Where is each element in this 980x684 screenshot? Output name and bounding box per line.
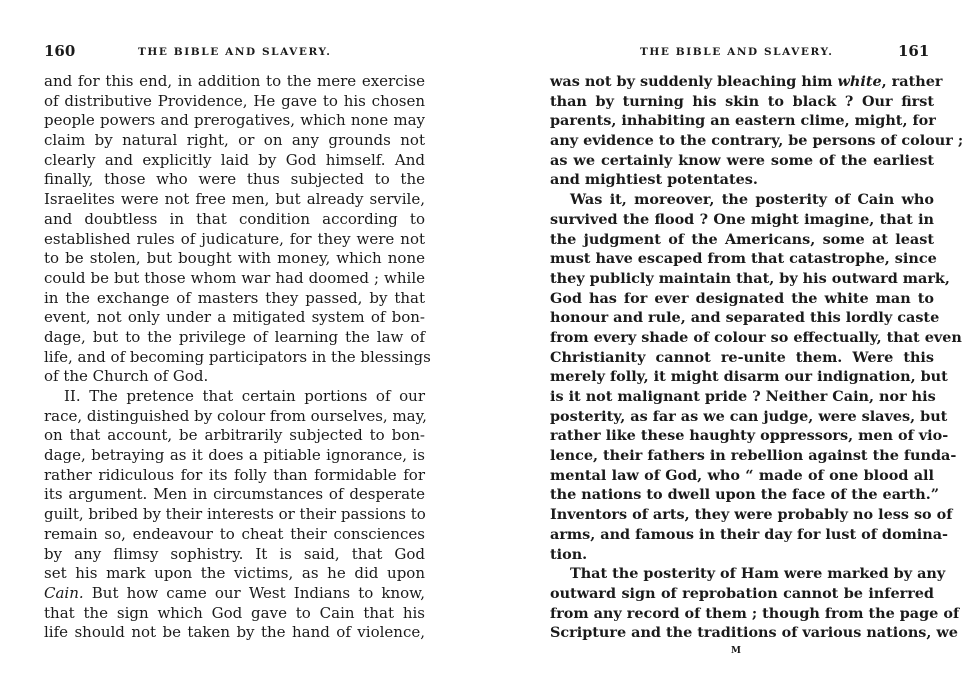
text-line: of distributive Providence, He gave to h… xyxy=(44,92,425,112)
text-line: Israelites were not free men, but alread… xyxy=(44,190,425,210)
signature-mark: M xyxy=(731,646,742,656)
text-line: its argument. Men in circumstances of de… xyxy=(44,485,425,505)
text-fragment: was not by suddenly bleaching him xyxy=(550,73,838,90)
running-head: THE BIBLE AND SLAVERY. xyxy=(138,46,332,58)
text-line: merely folly, it might disarm our indign… xyxy=(550,367,934,387)
text-line: clearly and explicitly laid by God himse… xyxy=(44,151,425,171)
text-line: set his mark upon the victims, as he did… xyxy=(44,564,425,584)
text-line: as we certainly know were some of the ea… xyxy=(550,151,934,171)
body-text: was not by suddenly bleaching him white,… xyxy=(550,72,934,643)
text-fragment: , rather xyxy=(882,73,943,90)
text-line: dage, but to the privilege of learning t… xyxy=(44,328,425,348)
section-heading-line: II. The pretence that certain portions o… xyxy=(44,387,425,407)
text-line: parents, inhabiting an eastern clime, mi… xyxy=(550,111,934,131)
page-number: 160 xyxy=(44,42,75,60)
text-line: was not by suddenly bleaching him white,… xyxy=(550,72,934,92)
italic-word: Cain. xyxy=(44,584,84,602)
text-line: dage, betraying as it does a pitiable ig… xyxy=(44,446,425,466)
text-line: and doubtless in that condition accordin… xyxy=(44,210,425,230)
text-line: God has for ever designated the white ma… xyxy=(550,289,934,309)
text-line: race, distinguished by colour from ourse… xyxy=(44,407,425,427)
text-line: survived the flood ? One might imagine, … xyxy=(550,210,934,230)
left-page: 160 THE BIBLE AND SLAVERY. and for this … xyxy=(0,0,490,684)
text-line: mental law of God, who “ made of one blo… xyxy=(550,466,934,486)
text-line: from any record of them ; though from th… xyxy=(550,604,934,624)
text-line: they publicly maintain that, by his outw… xyxy=(550,269,934,289)
text-line: guilt, bribed by their interests or thei… xyxy=(44,505,425,525)
text-line: lence, their fathers in rebellion agains… xyxy=(550,446,934,466)
text-line: event, not only under a mitigated system… xyxy=(44,308,425,328)
text-line: the judgment of the Americans, some at l… xyxy=(550,230,934,250)
text-line: on that account, be arbitrarily subjecte… xyxy=(44,426,425,446)
text-line: could be but those whom war had doomed ;… xyxy=(44,269,425,289)
text-line: life should not be taken by the hand of … xyxy=(44,623,425,643)
text-line: outward sign of reprobation cannot be in… xyxy=(550,584,934,604)
text-line: rather like these haughty oppressors, me… xyxy=(550,426,934,446)
text-line: life, and of becoming participators in t… xyxy=(44,348,425,368)
text-line: That the posterity of Ham were marked by… xyxy=(550,564,934,584)
italic-word: white xyxy=(838,73,882,90)
text-line: Inventors of arts, they were probably no… xyxy=(550,505,934,525)
text-line: remain so, endeavour to cheat their cons… xyxy=(44,525,425,545)
text-line: in the exchange of masters they passed, … xyxy=(44,289,425,309)
text-line: and mightiest potentates. xyxy=(550,170,934,190)
text-line: and for this end, in addition to the mer… xyxy=(44,72,425,92)
text-line: established rules of judicature, for the… xyxy=(44,230,425,250)
right-page: THE BIBLE AND SLAVERY. 161 was not by su… xyxy=(490,0,980,684)
text-line: honour and rule, and separated this lord… xyxy=(550,308,934,328)
page-number: 161 xyxy=(898,42,929,60)
text-line: posterity, as far as we can judge, were … xyxy=(550,407,934,427)
text-line: claim by natural right, or on any ground… xyxy=(44,131,425,151)
text-line: to be stolen, but bought with money, whi… xyxy=(44,249,425,269)
text-line: tion. xyxy=(550,545,934,565)
text-line: finally, those who were thus subjected t… xyxy=(44,170,425,190)
text-line: is it not malignant pride ? Neither Cain… xyxy=(550,387,934,407)
text-line: by any flimsy sophistry. It is said, tha… xyxy=(44,545,425,565)
body-text: and for this end, in addition to the mer… xyxy=(44,72,425,643)
text-line: rather ridiculous for its folly than for… xyxy=(44,466,425,486)
text-fragment: But how came our West Indians to know, xyxy=(84,584,425,602)
text-line: Christianity cannot re-unite them. Were … xyxy=(550,348,934,368)
text-line: Cain. But how came our West Indians to k… xyxy=(44,584,425,604)
text-line: any evidence to the contrary, be persons… xyxy=(550,131,934,151)
text-line: of the Church of God. xyxy=(44,367,425,387)
text-line: the nations to dwell upon the face of th… xyxy=(550,485,934,505)
text-line: must have escaped from that catastrophe,… xyxy=(550,249,934,269)
text-line: than by turning his skin to black ? Our … xyxy=(550,92,934,112)
text-line: Scripture and the traditions of various … xyxy=(550,623,934,643)
text-line: from every shade of colour so effectuall… xyxy=(550,328,934,348)
text-line: people powers and prerogatives, which no… xyxy=(44,111,425,131)
text-line: arms, and famous in their day for lust o… xyxy=(550,525,934,545)
text-line: that the sign which God gave to Cain tha… xyxy=(44,604,425,624)
text-line: Was it, moreover, the posterity of Cain … xyxy=(550,190,934,210)
running-head: THE BIBLE AND SLAVERY. xyxy=(640,46,834,58)
